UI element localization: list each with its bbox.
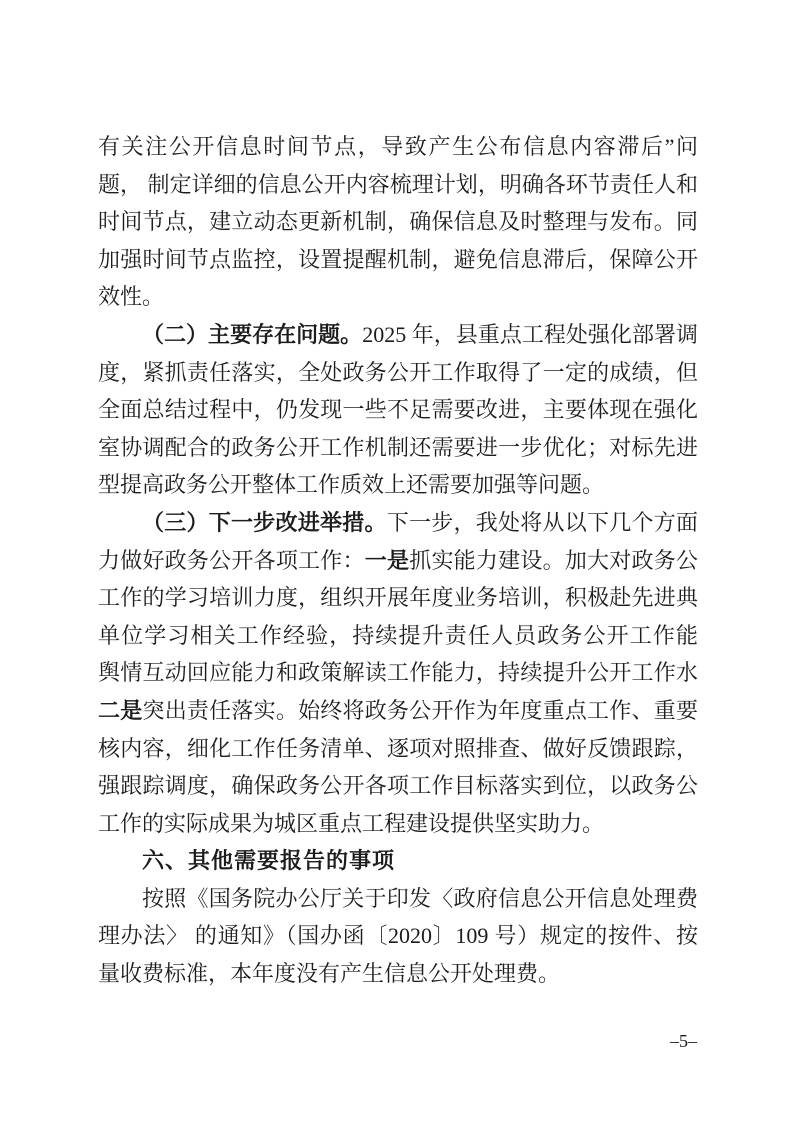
text-run: 度，紧抓责任落实，全处政务公开工作取得了一定的成绩，但在 — [98, 360, 698, 392]
text-run: 强跟踪调度，确保政务公开各项工作目标落实到位，以政务公开 — [98, 773, 698, 805]
bold-text-run: 二是 — [98, 698, 142, 723]
text-line: 工作的学习培训力度，组织开展年度业务培训，积极赴先进典型 — [98, 579, 698, 617]
text-line: 单位学习相关工作经验，持续提升责任人员政务公开工作能力、 — [98, 617, 698, 655]
text-run: 舆情互动回应能力和政策解读工作能力，持续提升公开工作水平。 — [98, 660, 698, 692]
text-line: （三）下一步改进举措。下一步，我处将从以下几个方面全 — [98, 504, 698, 542]
text-line: 度，紧抓责任落实，全处政务公开工作取得了一定的成绩，但在 — [98, 354, 698, 392]
text-line: 量收费标准，本年度没有产生信息公开处理费。 — [98, 955, 698, 993]
document-content: 有关注公开信息时间节点，导致产生公布信息内容滞后”问题， 制定详细的信息公开内容… — [98, 128, 698, 993]
text-run: 力做好政务公开各项工作： — [98, 548, 365, 573]
document-page: 有关注公开信息时间节点，导致产生公布信息内容滞后”问题， 制定详细的信息公开内容… — [0, 0, 793, 1122]
text-run: 有关注公开信息时间节点，导致产生公布信息内容滞后”问 — [98, 134, 698, 159]
bold-text-run: （二）主要存在问题。 — [142, 322, 362, 347]
text-run: 加强时间节点监控，设置提醒机制，避免信息滞后，保障公开时 — [98, 247, 698, 279]
text-line: 理办法〉 的通知》（国办函〔2020〕109 号）规定的按件、按 — [98, 917, 698, 955]
text-run: 室协调配合的政务公开工作机制还需要进一步优化；对标先进典 — [98, 435, 698, 467]
text-line: 题， 制定详细的信息公开内容梳理计划，明确各环节责任人和 — [98, 166, 698, 204]
text-run: 题， 制定详细的信息公开内容梳理计划，明确各环节责任人和 — [98, 172, 698, 197]
text-run: 时间节点，建立动态更新机制，确保信息及时整理与发布。同时， — [98, 209, 698, 241]
text-run: 工作的学习培训力度，组织开展年度业务培训，积极赴先进典型 — [98, 585, 698, 617]
text-line: 强跟踪调度，确保政务公开各项工作目标落实到位，以政务公开 — [98, 767, 698, 805]
section-heading: 六、其他需要报告的事项 — [98, 842, 698, 880]
text-line: （二）主要存在问题。2025 年，县重点工程处强化部署调 — [98, 316, 698, 354]
text-line: 全面总结过程中，仍发现一些不足需要改进，主要体现在强化股 — [98, 391, 698, 429]
text-line: 加强时间节点监控，设置提醒机制，避免信息滞后，保障公开时 — [98, 241, 698, 279]
text-run: 工作的实际成果为城区重点工程建设提供坚实助力。 — [98, 811, 604, 836]
text-run: 量收费标准，本年度没有产生信息公开处理费。 — [98, 961, 560, 986]
text-run: 2025 年，县重点工程处强化部署调 — [362, 322, 698, 347]
text-line: 有关注公开信息时间节点，导致产生公布信息内容滞后”问 — [98, 128, 698, 166]
page-number: –5– — [670, 1030, 697, 1052]
bold-text-run: （三）下一步改进举措。 — [142, 510, 387, 535]
text-run: 型提高政务公开整体工作质效上还需要加强等问题。 — [98, 472, 604, 497]
text-line: 效性。 — [98, 278, 698, 316]
text-run: 核内容，细化工作任务清单、逐项对照排查、做好反馈跟踪，加 — [98, 736, 698, 768]
text-line: 工作的实际成果为城区重点工程建设提供坚实助力。 — [98, 805, 698, 843]
text-run: 理办法〉 的通知》（国办函〔2020〕109 号）规定的按件、按 — [98, 923, 698, 948]
bold-text-run: 一是 — [365, 548, 409, 573]
text-run: 全面总结过程中，仍发现一些不足需要改进，主要体现在强化股 — [98, 397, 698, 429]
text-line: 室协调配合的政务公开工作机制还需要进一步优化；对标先进典 — [98, 429, 698, 467]
text-line: 舆情互动回应能力和政策解读工作能力，持续提升公开工作水平。 — [98, 654, 698, 692]
text-line: 时间节点，建立动态更新机制，确保信息及时整理与发布。同时， — [98, 203, 698, 241]
text-run: 单位学习相关工作经验，持续提升责任人员政务公开工作能力、 — [98, 623, 698, 655]
text-line: 按照《国务院办公厅关于印发〈政府信息公开信息处理费管 — [98, 880, 698, 918]
text-line: 二是突出责任落实。始终将政务公开作为年度重点工作、重要考 — [98, 692, 698, 730]
text-run: 效性。 — [98, 284, 164, 309]
text-line: 核内容，细化工作任务清单、逐项对照排查、做好反馈跟踪，加 — [98, 730, 698, 768]
text-line: 力做好政务公开各项工作：一是抓实能力建设。加大对政务公开 — [98, 542, 698, 580]
text-run: 按照《国务院办公厅关于印发〈政府信息公开信息处理费管 — [142, 886, 698, 918]
text-run: 突出责任落实。始终将政务公开作为年度重点工作、重要考 — [98, 698, 698, 730]
text-line: 型提高政务公开整体工作质效上还需要加强等问题。 — [98, 466, 698, 504]
bold-text-run: 六、其他需要报告的事项 — [142, 848, 395, 873]
